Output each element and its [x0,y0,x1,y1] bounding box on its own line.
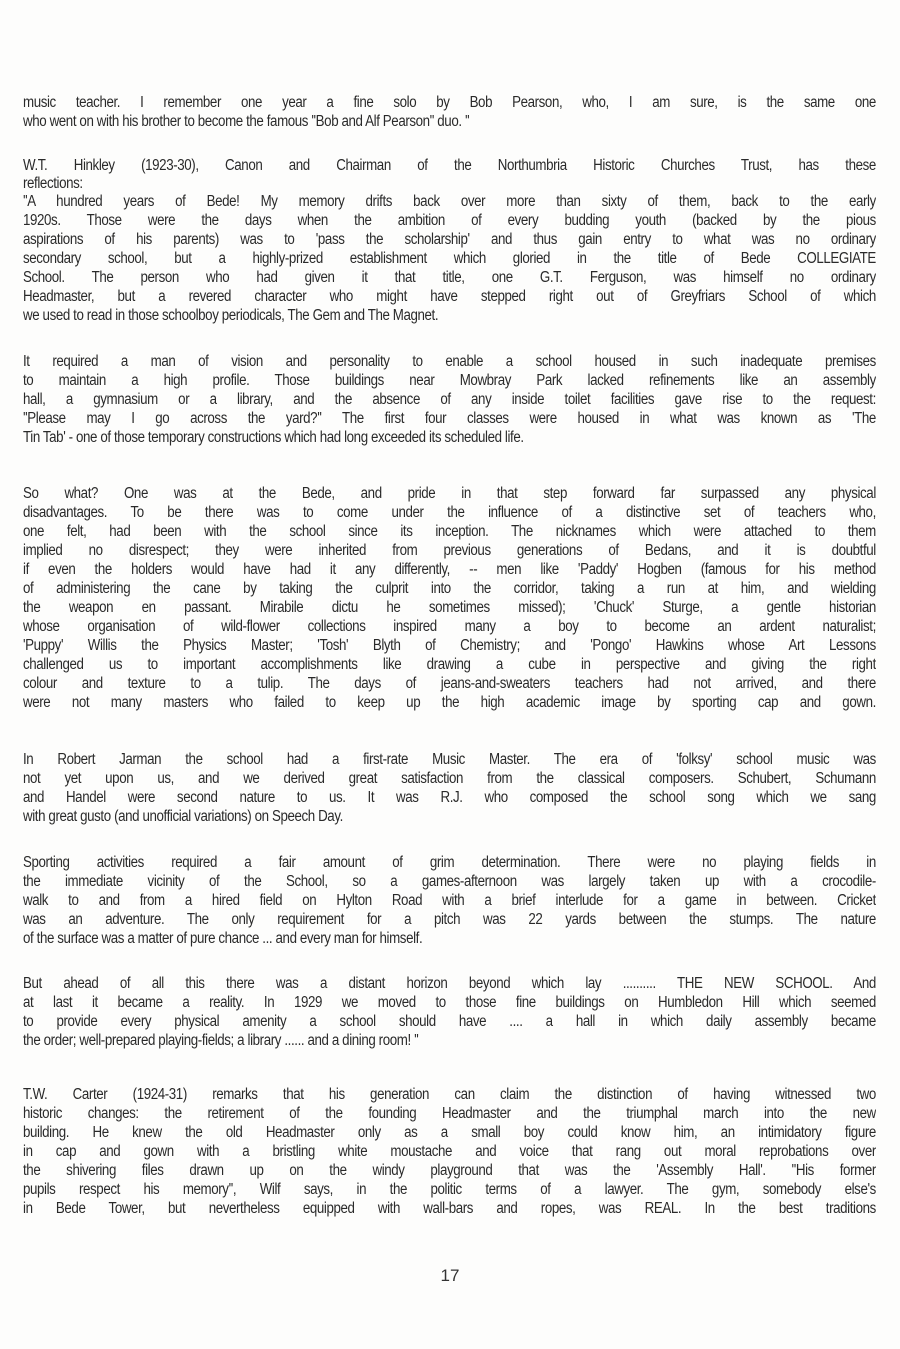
text-line: the order; well-prepared playing-fields;… [23,1031,418,1050]
text-line: Sporting activities required a fair amou… [23,853,876,872]
text-line: reflections: [23,174,83,193]
text-line: not yet upon us, and we derived great sa… [23,769,876,788]
text-line: the weapon en passant. Mirabile dictu he… [23,598,876,617]
text-line: whose organisation of wild-flower collec… [23,617,876,636]
text-line: historic changes: the retirement of the … [23,1104,876,1123]
text-line: hall, a gymnasium or a library, and the … [23,390,876,409]
text-line: and Handel were second nature to us. It … [23,788,876,807]
text-line: ''A hundred years of Bede! My memory dri… [23,192,876,211]
text-line: to provide every physical amenity a scho… [23,1012,876,1031]
text-line: one felt, had been with the school since… [23,522,876,541]
text-line: So what? One was at the Bede, and pride … [23,484,876,503]
page-number: 17 [0,1266,900,1286]
text-line: 1920s. Those were the days when the ambi… [23,211,876,230]
text-line: 'Puppy' Willis the Physics Master; 'Tosh… [23,636,876,655]
text-line: to maintain a high profile. Those buildi… [23,371,876,390]
text-line: Headmaster, but a revered character who … [23,287,876,306]
text-line-collegiate: secondary school, but a highly-prized es… [23,249,876,268]
text-line: of administering the cane by taking the … [23,579,876,598]
text-line: But ahead of all this there was a distan… [23,974,876,993]
text-line: challenged us to important accomplishmen… [23,655,876,674]
text-line: pupils respect his memory'', Wilf says, … [23,1180,876,1199]
text-line: the immediate vicinity of the School, so… [23,872,876,891]
text-line: were not many masters who failed to keep… [23,693,876,712]
text-line: the shivering files drawn up on the wind… [23,1161,876,1180]
text-line: colour and texture to a tulip. The days … [23,674,876,693]
text-line: of the surface was a matter of pure chan… [23,929,422,948]
text-line: disadvantages. To be there was to come u… [23,503,876,522]
text-line: in Bede Tower, but nevertheless equipped… [23,1199,876,1218]
text-line: ''Please may I go across the yard?'' The… [23,409,876,428]
text-line: music teacher. I remember one year a fin… [23,93,876,112]
text-line: It required a man of vision and personal… [23,352,876,371]
text-line: In Robert Jarman the school had a first-… [23,750,876,769]
text-line: with great gusto (and unofficial variati… [23,807,343,826]
text-line: at last it became a reality. In 1929 we … [23,993,876,1012]
text-line: who went on with his brother to become t… [23,112,469,131]
text-line: if even the holders would have had it an… [23,560,876,579]
text-collegiate-line: secondary school, but a highly-prized es… [23,250,876,267]
text-line: in cap and gown with a bristling white m… [23,1142,876,1161]
text-line: T.W. Carter (1924-31) remarks that his g… [23,1085,876,1104]
document-page: music teacher. I remember one year a fin… [0,0,900,1349]
text-line: implied no disrespect; they were inherit… [23,541,876,560]
text-line: Tin Tab' - one of those temporary constr… [23,428,524,447]
text-line: School. The person who had given it that… [23,268,876,287]
text-line: walk to and from a hired field on Hylton… [23,891,876,910]
text-line: aspirations of his parents) was to 'pass… [23,230,876,249]
text-line: was an adventure. The only requirement f… [23,910,876,929]
text-line: we used to read in those schoolboy perio… [23,306,438,325]
text-line: W.T. Hinkley (1923-30), Canon and Chairm… [23,156,876,175]
text-line: building. He knew the old Headmaster onl… [23,1123,876,1142]
